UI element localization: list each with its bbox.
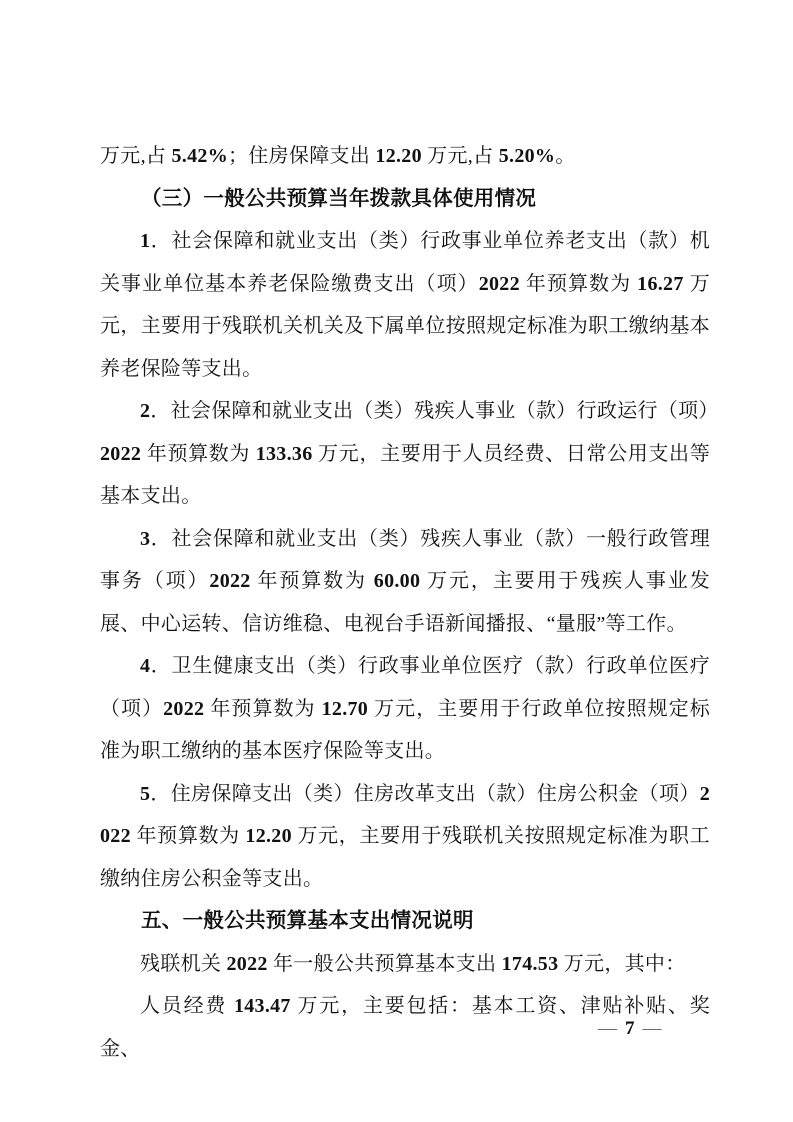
document-body: 万元,占 5.42%；住房保障支出 12.20 万元,占 5.20%。（三）一般… (100, 135, 710, 1070)
document-page: 万元,占 5.42%；住房保障支出 12.20 万元,占 5.20%。（三）一般… (0, 0, 793, 1122)
body-paragraph: 万元,占 5.42%；住房保障支出 12.20 万元,占 5.20%。 (100, 135, 710, 178)
body-paragraph: 5．住房保障支出（类）住房改革支出（款）住房公积金（项）2022 年预算数为 1… (100, 773, 710, 901)
body-paragraph: 残联机关 2022 年一般公共预算基本支出 174.53 万元，其中： (100, 943, 710, 986)
footer-right-dash: — (643, 1018, 662, 1039)
footer-left-dash: — (598, 1018, 617, 1039)
page-footer: —7— (598, 1014, 662, 1044)
body-paragraph: 3．社会保障和就业支出（类）残疾人事业（款）一般行政管理事务（项）2022 年预… (100, 518, 710, 646)
page-number: 7 (625, 1018, 635, 1039)
section-heading: 五、一般公共预算基本支出情况说明 (100, 900, 710, 943)
body-paragraph: 2．社会保障和就业支出（类）残疾人事业（款）行政运行（项）2022 年预算数为 … (100, 390, 710, 518)
body-paragraph: 4．卫生健康支出（类）行政事业单位医疗（款）行政单位医疗（项）2022 年预算数… (100, 645, 710, 773)
section-heading: （三）一般公共预算当年拨款具体使用情况 (100, 178, 710, 221)
body-paragraph: 1．社会保障和就业支出（类）行政事业单位养老支出（款）机关事业单位基本养老保险缴… (100, 220, 710, 390)
